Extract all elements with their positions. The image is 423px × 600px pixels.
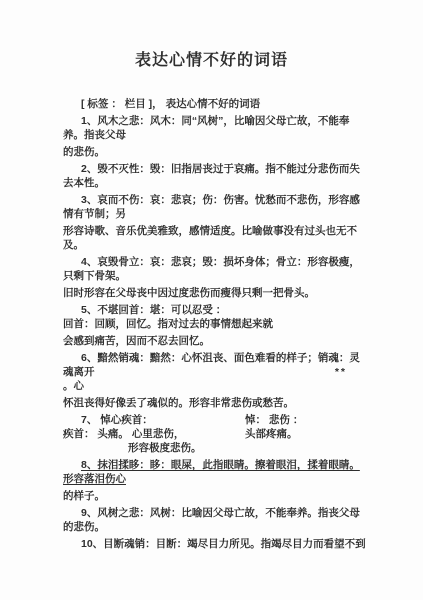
item8-line1: 8、抹泪揉眵：眵：眼屎，此指眼睛。擦着眼泪，揉着眼睛。 (63, 458, 359, 472)
item7-row3: 形容极度悲伤。 (63, 441, 359, 455)
item2-line1: 2、毁不灭性：毁：旧指居丧过于哀痛。指不能过分悲伤而失 (63, 162, 359, 176)
item5-line2: 回首：回顾，回忆。指对过去的事情想起来就 (63, 317, 359, 331)
document-body: [ 标签 ： 栏目 ]， 表达心情不好的词语 1、风木之悲：风木：同“风树”，比… (63, 97, 359, 551)
item10-line1: 10、目断魂销：目断：竭尽目力所见。指竭尽目力而看望不到 (63, 537, 359, 551)
item6-line1: 6、黯然销魂：黯然：心怀沮丧、面色难看的样子；销魂：灵 (63, 351, 359, 365)
item7-row1-left: 7、 悼心疾首： (81, 414, 153, 426)
item6-line2-text: 魂离开 (63, 366, 95, 378)
item7-row2-left: 疾首： 头痛。 心里悲伤， (63, 428, 184, 440)
item6-line4: 怀沮丧得好像丢了魂似的。形容非常悲伤或愁苦。 (63, 396, 359, 410)
item6-line2: 魂离开 ** (63, 365, 359, 379)
item8-line2: 形容落泪伤心 (63, 472, 359, 486)
item1-line2: 养。指丧父母 (63, 128, 359, 142)
item9-line2: 的悲伤。 (63, 520, 359, 534)
item3-line4: 及。 (63, 238, 359, 252)
meta-line: [ 标签 ： 栏目 ]， 表达心情不好的词语 (63, 97, 359, 111)
item7-row2: 疾首： 头痛。 心里悲伤， 头部疼痛。 (63, 427, 359, 441)
item2-line2: 去本性。 (63, 176, 359, 190)
page-title: 表达心情不好的词语 (0, 0, 423, 70)
item8-line3: 的样子。 (63, 489, 359, 503)
item3-line3: 形容诗歌、音乐优美雅致，感情适度。比喻做事没有过头也无不 (63, 224, 359, 238)
item6-line3: 。心 (63, 379, 359, 393)
asterisk-mark: ** (335, 365, 347, 379)
document-page: 表达心情不好的词语 [ 标签 ： 栏目 ]， 表达心情不好的词语 1、风木之悲：… (0, 0, 423, 600)
item4-line2: 只剩下骨架。 (63, 269, 359, 283)
item8-line2-text: 形容落泪伤心 (63, 473, 126, 485)
item4-line3: 旧时形容在父母丧中因过度悲伤而瘦得只剩一把骨头。 (63, 286, 359, 300)
item3-line2: 情有节制；另 (63, 207, 359, 221)
item4-line1: 4、哀毁骨立：哀：悲哀；毁：损坏身体；骨立：形容极瘦， (63, 255, 359, 269)
item3-line1: 3、哀而不伤：哀：悲哀；伤：伤害。忧愁而不悲伤，形容感 (63, 193, 359, 207)
item1-line1: 1、风木之悲：风木：同“风树”，比喻因父母亡故，不能奉 (63, 114, 359, 128)
item7-row1-right: 悼： 悲伤 ： (245, 413, 303, 427)
item7-row2-right: 头部疼痛。 (245, 427, 298, 441)
item1-line3: 的悲伤。 (63, 145, 359, 159)
item5-line3: 会感到痛苦，因而不忍去回忆。 (63, 334, 359, 348)
item9-line1: 9、风树之悲：风树：比喻因父母亡故，不能奉养。指丧父母 (63, 506, 359, 520)
item8-line1-text: 8、抹泪揉眵：眵：眼屎，此指眼睛。擦着眼泪，揉着眼睛。 (81, 459, 360, 471)
item7-row1: 7、 悼心疾首： 悼： 悲伤 ： (63, 413, 359, 427)
item5-line1: 5、不堪回首：堪：可以忍受 ： (63, 303, 359, 317)
